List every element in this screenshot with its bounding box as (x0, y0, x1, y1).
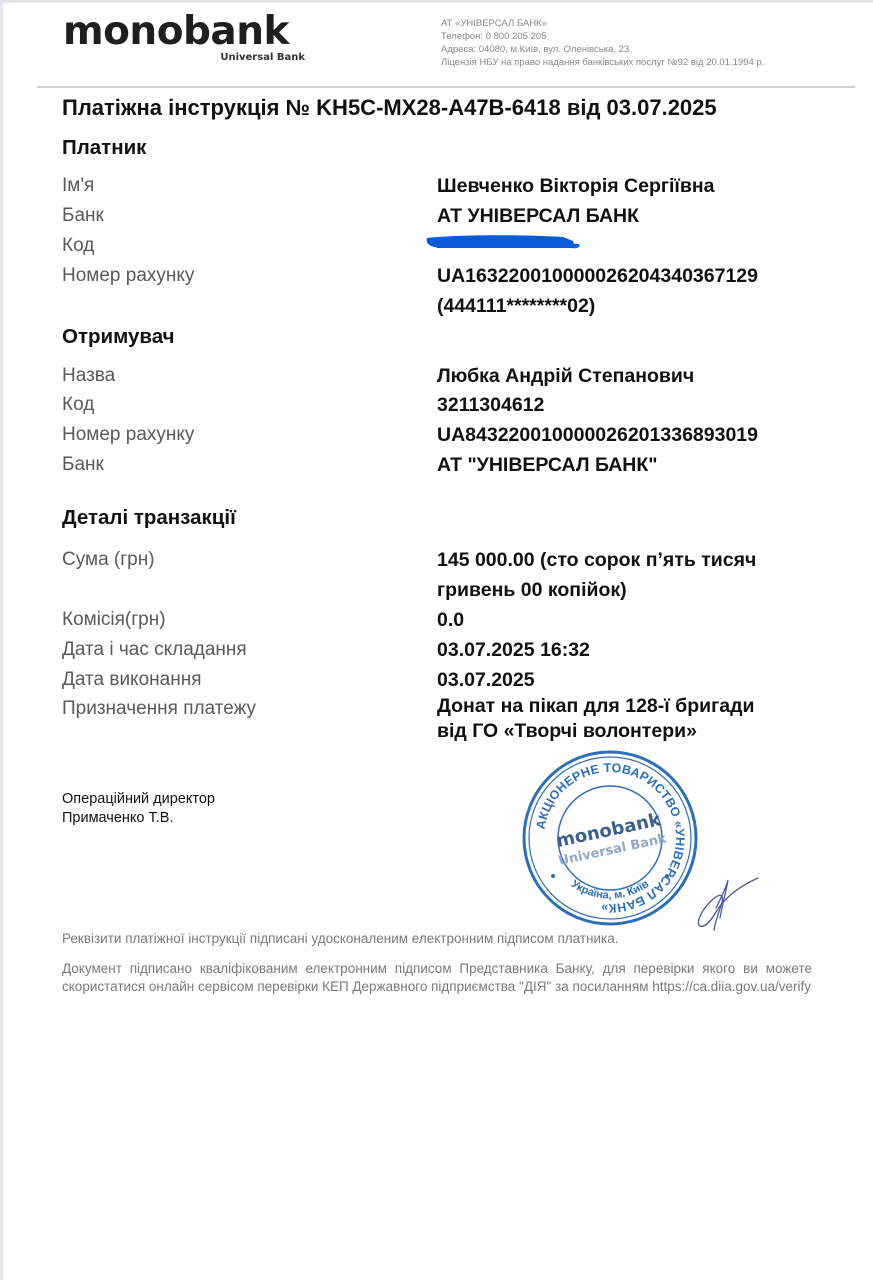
bank-license: Ліцензія НБУ на право надання банківськи… (441, 56, 764, 69)
amount-value: 145 000.00 (сто сорок п’ять тисяч гривен… (437, 545, 857, 605)
document-header: monobank Universal Bank АТ «УНІВЕРСАЛ БА… (0, 0, 873, 90)
field-label: Комісія(грн) (62, 605, 166, 635)
bank-address: Адреса: 04080, м.Київ, вул. Оленівська, … (441, 43, 764, 56)
logo-wordmark: monobank (63, 10, 313, 54)
payer-bank-value: АТ УНІВЕРСАЛ БАНК (437, 201, 857, 231)
logo-subtitle: Universal Bank (220, 52, 305, 63)
recipient-iban-value: UA843220010000026201336893019 (437, 420, 857, 450)
page-edge (0, 0, 3, 1280)
recipient-name-value: Любка Андрій Степанович (437, 361, 857, 391)
field-label: Дата і час складання (62, 635, 247, 665)
header-divider (37, 86, 855, 88)
purpose-line-2: від ГО «Творчі волонтери» (437, 719, 857, 744)
bank-contact-info: АТ «УНІВЕРСАЛ БАНК» Телефон: 0 800 205 2… (441, 17, 764, 69)
recipient-bank-value: АТ "УНІВЕРСАЛ БАНК" (437, 450, 857, 480)
field-label: Номер рахунку (62, 261, 194, 291)
execution-date-value: 03.07.2025 (437, 665, 857, 695)
field-label: Дата виконання (62, 665, 202, 695)
document-title: Платіжна інструкція № KH5C-MX28-A47B-641… (62, 95, 717, 121)
field-label: Банк (62, 201, 104, 231)
amount-line-2: гривень 00 копійок) (437, 575, 857, 605)
signatory-name: Примаченко Т.В. (62, 809, 215, 828)
payer-name-value: Шевченко Вікторія Сергіївна (437, 171, 857, 201)
payer-account-value: UA163220010000026204340367129 (444111***… (437, 261, 857, 321)
field-label: Сума (грн) (62, 545, 155, 575)
signature-icon (690, 872, 760, 932)
payer-card-masked: (444111********02) (437, 291, 857, 321)
signatory-position: Операційний директор (62, 790, 215, 809)
signatory-block: Операційний директор Примаченко Т.В. (62, 790, 215, 828)
created-datetime-value: 03.07.2025 16:32 (437, 635, 857, 665)
commission-value: 0.0 (437, 605, 857, 635)
monobank-logo: monobank Universal Bank (63, 10, 313, 54)
signature-note: Реквізити платіжної інструкції підписані… (62, 930, 812, 948)
verification-disclaimer: Документ підписано кваліфікованим електр… (62, 960, 812, 996)
payer-iban: UA163220010000026204340367129 (437, 261, 857, 291)
field-label: Назва (62, 361, 115, 391)
transaction-section-title: Деталі транзакції (62, 506, 236, 530)
purpose-line-1: Донат на пікап для 128-ї бригади (437, 694, 857, 719)
recipient-section-title: Отримувач (62, 325, 175, 349)
field-label: Ім'я (62, 171, 94, 201)
bank-stamp-icon: АКЦІОНЕРНЕ ТОВАРИСТВО «УНІВЕРСАЛ БАНК» У… (520, 748, 700, 928)
field-label: Банк (62, 450, 104, 480)
bank-phone: Телефон: 0 800 205 205 (441, 30, 764, 43)
field-label: Призначення платежу (62, 694, 256, 724)
bank-name: АТ «УНІВЕРСАЛ БАНК» (441, 17, 764, 30)
amount-line-1: 145 000.00 (сто сорок п’ять тисяч (437, 545, 857, 575)
field-label: Код (62, 390, 94, 420)
redaction-scribble (423, 232, 583, 250)
field-label: Номер рахунку (62, 420, 194, 450)
purpose-value: Донат на пікап для 128-ї бригади від ГО … (437, 694, 857, 744)
payer-section-title: Платник (62, 136, 146, 160)
field-label: Код (62, 231, 94, 261)
recipient-code-value: 3211304612 (437, 390, 857, 420)
